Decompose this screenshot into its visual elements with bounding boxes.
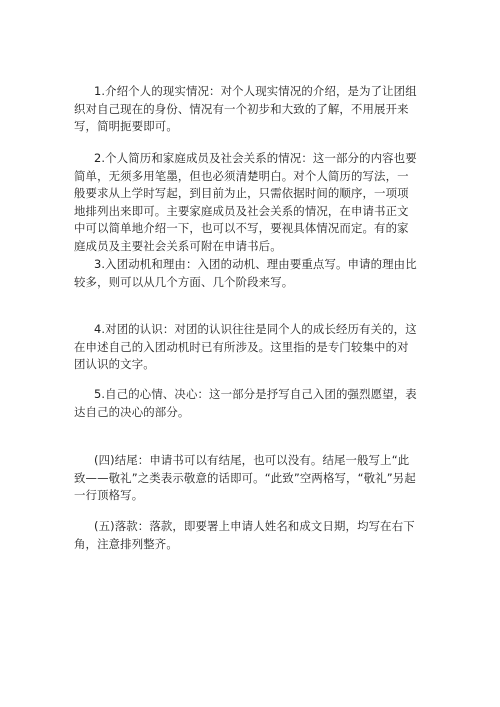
paragraph-personal-situation: 1.介绍个人的现实情况：对个人现实情况的介绍，是为了让团组织对自己现在的身份、情… <box>74 83 420 136</box>
paragraph-resume-family: 2.个人简历和家庭成员及社会关系的情况：这一部分的内容也要简单，无须多用笔墨，但… <box>74 150 420 256</box>
paragraph-motivation: 3.入团动机和理由：入团的动机、理由要重点写。申请的理由比较多，则可以从几个方面… <box>74 256 420 291</box>
paragraph-determination: 5.自己的心情、决心：这一部分是抒写自己入团的强烈愿望，表达自己的决心的部分。 <box>74 386 420 421</box>
paragraph-understanding: 4.对团的认识：对团的认识往往是同个人的成长经历有关的，这在申述自己的入团动机时… <box>74 321 420 374</box>
document-page: 1.介绍个人的现实情况：对个人现实情况的介绍，是为了让团组织对自己现在的身份、情… <box>0 0 500 707</box>
paragraph-signature: (五)落款：落款，即要署上申请人姓名和成文日期，均写在右下角，注意排列整齐。 <box>74 518 420 553</box>
paragraph-closing: (四)结尾：申请书可以有结尾，也可以没有。结尾一般写上“此致——敬礼”之类表示敬… <box>74 452 420 505</box>
